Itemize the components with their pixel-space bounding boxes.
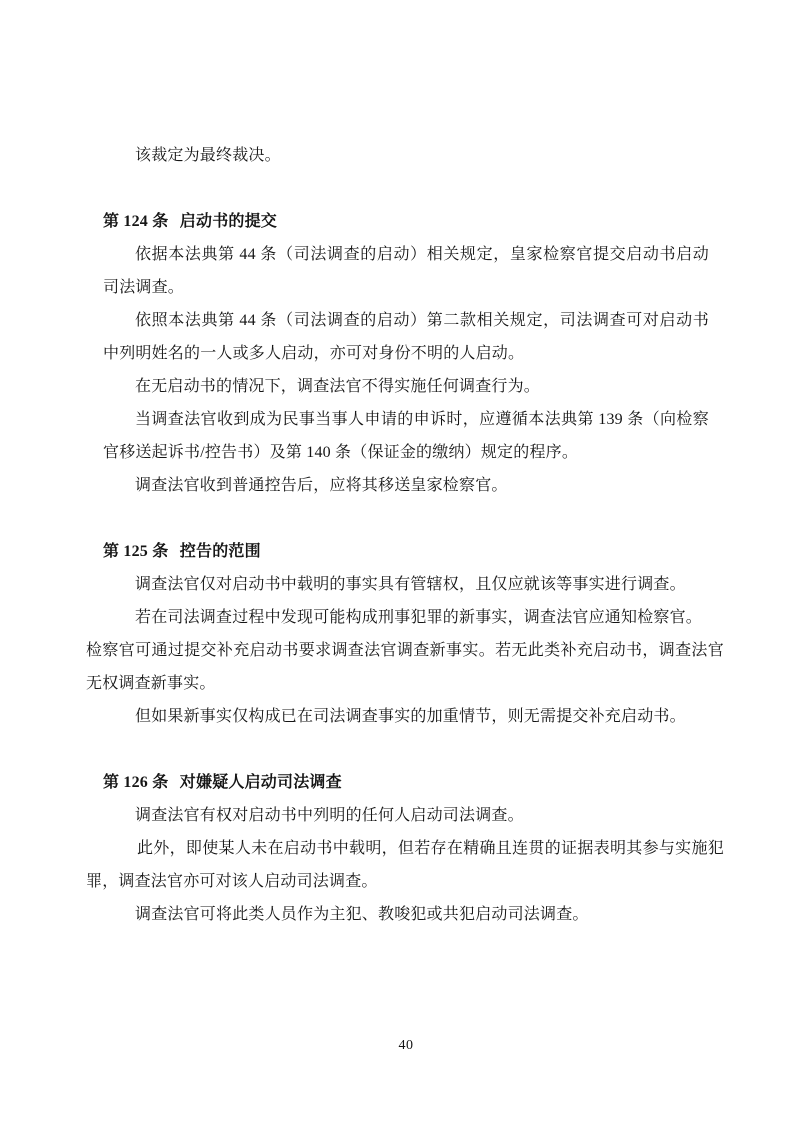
article-number: 第 126 条: [103, 774, 168, 791]
article-heading: 第 124 条 启动书的提交: [103, 205, 709, 238]
paragraph: 但如果新事实仅构成已在司法调查事实的加重情节，则无需提交补充启动书。: [103, 700, 709, 733]
article-number: 第 124 条: [103, 213, 168, 230]
paragraph: 调查法官仅对启动书中载明的事实具有管辖权，且仅应就该等事实进行调查。: [103, 568, 709, 601]
article-126: 第 126 条 对嫌疑人启动司法调查 调查法官有权对启动书中列明的任何人启动司法…: [103, 766, 709, 931]
paragraph: 在无启动书的情况下，调查法官不得实施任何调查行为。: [103, 370, 709, 403]
page-number: 40: [103, 1036, 709, 1056]
document-page: 该裁定为最终裁决。 第 124 条 启动书的提交 依据本法典第 44 条（司法调…: [0, 0, 793, 1122]
article-heading: 第 125 条 控告的范围: [103, 535, 709, 568]
article-125: 第 125 条 控告的范围 调查法官仅对启动书中载明的事实具有管辖权，且仅应就该…: [103, 535, 709, 733]
paragraph: 当调查法官收到成为民事当事人申请的申诉时，应遵循本法典第 139 条（向检察官移…: [103, 403, 709, 469]
paragraph: 调查法官收到普通控告后，应将其移送皇家检察官。: [103, 469, 709, 502]
article-heading: 第 126 条 对嫌疑人启动司法调查: [103, 766, 709, 799]
paragraph: 依据本法典第 44 条（司法调查的启动）相关规定，皇家检察官提交启动书启动司法调…: [103, 238, 709, 304]
paragraph: 此外，即使某人未在启动书中载明，但若存在精确且连贯的证据表明其参与实施犯罪，调查…: [86, 832, 724, 898]
article-title: 启动书的提交: [180, 213, 277, 230]
article-number: 第 125 条: [103, 543, 168, 560]
article-title: 控告的范围: [180, 543, 261, 560]
article-title: 对嫌疑人启动司法调查: [180, 774, 342, 791]
paragraph: 检察官可通过提交补充启动书要求调查法官调查新事实。若无此类补充启动书，调查法官无…: [86, 634, 724, 700]
article-124: 第 124 条 启动书的提交 依据本法典第 44 条（司法调查的启动）相关规定，…: [103, 205, 709, 502]
page-content: 该裁定为最终裁决。 第 124 条 启动书的提交 依据本法典第 44 条（司法调…: [103, 139, 709, 931]
paragraph: 调查法官可将此类人员作为主犯、教唆犯或共犯启动司法调查。: [103, 898, 709, 931]
paragraph: 该裁定为最终裁决。: [103, 139, 709, 172]
paragraph: 调查法官有权对启动书中列明的任何人启动司法调查。: [103, 799, 709, 832]
paragraph: 若在司法调查过程中发现可能构成刑事犯罪的新事实，调查法官应通知检察官。: [103, 601, 709, 634]
paragraph: 依照本法典第 44 条（司法调查的启动）第二款相关规定，司法调查可对启动书中列明…: [103, 304, 709, 370]
